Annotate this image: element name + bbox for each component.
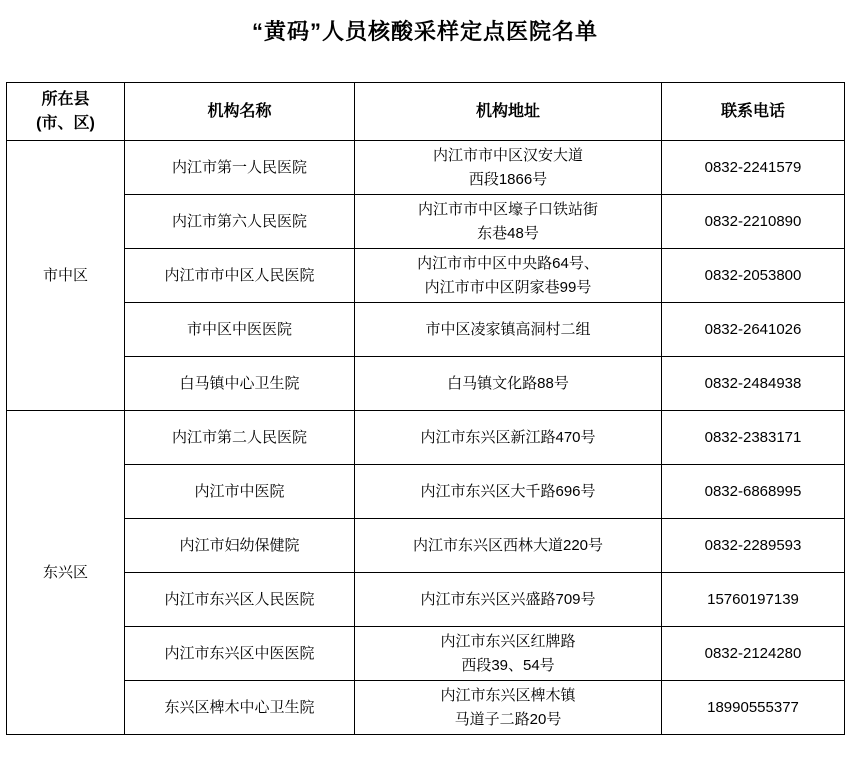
table-header-row: 所在县 (市、区) 机构名称 机构地址 联系电话 [7,83,845,141]
district-group-cell: 市中区 [7,141,125,411]
table-row: 市中区 内江市第一人民医院 内江市市中区汉安大道 西段1866号 0832-22… [7,141,845,195]
hospital-name-cell: 内江市市中区人民医院 [125,249,355,303]
header-phone: 联系电话 [662,83,845,141]
address-cell: 内江市市中区壕子口铁站街 东巷48号 [355,195,662,249]
hospital-name-cell: 市中区中医医院 [125,303,355,357]
table-row: 内江市东兴区人民医院 内江市东兴区兴盛路709号 15760197139 [7,573,845,627]
phone-cell: 18990555377 [662,681,845,735]
phone-cell: 0832-2053800 [662,249,845,303]
header-district: 所在县 (市、区) [7,83,125,141]
address-cell: 市中区凌家镇高洞村二组 [355,303,662,357]
table-row: 内江市妇幼保健院 内江市东兴区西林大道220号 0832-2289593 [7,519,845,573]
table-row: 东兴区椑木中心卫生院 内江市东兴区椑木镇 马道子二路20号 1899055537… [7,681,845,735]
table-row: 白马镇中心卫生院 白马镇文化路88号 0832-2484938 [7,357,845,411]
phone-cell: 0832-2124280 [662,627,845,681]
phone-cell: 15760197139 [662,573,845,627]
hospital-name-cell: 白马镇中心卫生院 [125,357,355,411]
phone-cell: 0832-2484938 [662,357,845,411]
table-row: 东兴区 内江市第二人民医院 内江市东兴区新江路470号 0832-2383171 [7,411,845,465]
hospital-name-cell: 内江市中医院 [125,465,355,519]
district-group-cell: 东兴区 [7,411,125,735]
address-cell: 内江市市中区中央路64号、 内江市市中区阴家巷99号 [355,249,662,303]
address-cell: 内江市东兴区新江路470号 [355,411,662,465]
address-cell: 内江市东兴区西林大道220号 [355,519,662,573]
hospital-name-cell: 内江市东兴区中医医院 [125,627,355,681]
address-cell: 内江市东兴区兴盛路709号 [355,573,662,627]
address-cell: 内江市东兴区椑木镇 马道子二路20号 [355,681,662,735]
hospital-name-cell: 内江市第二人民医院 [125,411,355,465]
address-cell: 白马镇文化路88号 [355,357,662,411]
header-name: 机构名称 [125,83,355,141]
address-cell: 内江市市中区汉安大道 西段1866号 [355,141,662,195]
phone-cell: 0832-2241579 [662,141,845,195]
table-row: 内江市东兴区中医医院 内江市东兴区红牌路 西段39、54号 0832-21242… [7,627,845,681]
phone-cell: 0832-2383171 [662,411,845,465]
address-cell: 内江市东兴区大千路696号 [355,465,662,519]
phone-cell: 0832-2289593 [662,519,845,573]
hospital-name-cell: 内江市东兴区人民医院 [125,573,355,627]
hospital-name-cell: 东兴区椑木中心卫生院 [125,681,355,735]
hospital-name-cell: 内江市妇幼保健院 [125,519,355,573]
hospital-name-cell: 内江市第六人民医院 [125,195,355,249]
table-row: 内江市中医院 内江市东兴区大千路696号 0832-6868995 [7,465,845,519]
page-title: “黄码”人员核酸采样定点医院名单 [0,0,850,46]
hospital-table: 所在县 (市、区) 机构名称 机构地址 联系电话 市中区 内江市第一人民医院 内… [6,82,845,735]
phone-cell: 0832-6868995 [662,465,845,519]
page: “黄码”人员核酸采样定点医院名单 所在县 (市、区) 机构名称 机构地址 联系电… [0,0,850,770]
phone-cell: 0832-2210890 [662,195,845,249]
hospital-name-cell: 内江市第一人民医院 [125,141,355,195]
header-address: 机构地址 [355,83,662,141]
table-row: 内江市市中区人民医院 内江市市中区中央路64号、 内江市市中区阴家巷99号 08… [7,249,845,303]
table-row: 市中区中医医院 市中区凌家镇高洞村二组 0832-2641026 [7,303,845,357]
table-row: 内江市第六人民医院 内江市市中区壕子口铁站街 东巷48号 0832-221089… [7,195,845,249]
address-cell: 内江市东兴区红牌路 西段39、54号 [355,627,662,681]
phone-cell: 0832-2641026 [662,303,845,357]
